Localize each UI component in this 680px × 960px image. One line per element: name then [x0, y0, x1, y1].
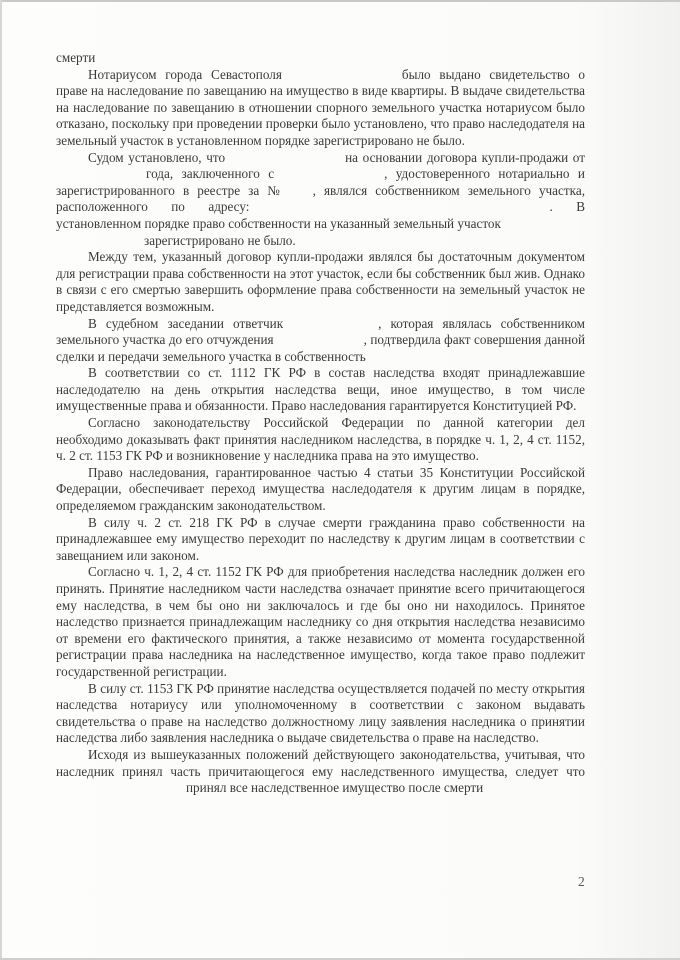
paragraph-contract: Между тем, указанный договор купли-прода…: [56, 249, 585, 315]
paragraph-text: В силу ч. 2 ст. 218 ГК РФ в случае смерт…: [56, 515, 585, 563]
paragraph-text: В судебном заседании ответчик: [88, 316, 283, 331]
paragraph-text: Судом установлено, что: [88, 150, 225, 165]
paragraph-art-218: В силу ч. 2 ст. 218 ГК РФ в случае смерт…: [56, 515, 585, 565]
page-number: 2: [578, 874, 585, 890]
paragraph-conclusion: Исходя из вышеуказанных положений действ…: [56, 747, 585, 797]
scan-edge-top: [0, 0, 680, 2]
paragraph-text: года, заключенного с: [146, 166, 274, 181]
paragraph-text: на основании договора купли-продажи от: [345, 150, 585, 165]
paragraph-text: В силу ст. 1153 ГК РФ принятие наследств…: [56, 681, 585, 746]
paragraph-text: смерти: [56, 50, 95, 65]
paragraph-art-1112: В соответствии со ст. 1112 ГК РФ в соста…: [56, 365, 585, 415]
paragraph-text: Исходя из вышеуказанных положений действ…: [56, 747, 585, 779]
paragraph-text: Нотариусом города Севастополя: [88, 67, 282, 82]
paragraph-court-established: Судом установлено, чтона основании догов…: [56, 150, 585, 250]
document-body: смерти Нотариусом города Севастополябыло…: [56, 50, 585, 797]
paragraph-text: Согласно законодательству Российской Фед…: [56, 415, 585, 463]
paragraph-art-1153: В силу ст. 1153 ГК РФ принятие наследств…: [56, 681, 585, 747]
paragraph-text: Между тем, указанный договор купли-прода…: [56, 249, 585, 314]
paragraph-constitution: Право наследования, гарантированное част…: [56, 465, 585, 515]
paragraph-notary: Нотариусом города Севастополябыло выдано…: [56, 67, 585, 150]
paragraph-text: В соответствии со ст. 1112 ГК РФ в соста…: [56, 365, 585, 413]
paragraph-text: Согласно ч. 1, 2, 4 ст. 1152 ГК РФ для п…: [56, 564, 585, 679]
paragraph-legislation: Согласно законодательству Российской Фед…: [56, 415, 585, 465]
paragraph-court-session: В судебном заседании ответчик, которая я…: [56, 316, 585, 366]
scan-edge-left: [0, 0, 2, 960]
paragraph-text: Право наследования, гарантированное част…: [56, 465, 585, 513]
paragraph-text: принял все наследственное имущество посл…: [186, 780, 483, 795]
paragraph-continuation: смерти: [56, 50, 585, 67]
document-page: смерти Нотариусом города Севастополябыло…: [0, 0, 680, 960]
paragraph-text: зарегистрировано не было.: [144, 233, 296, 248]
paragraph-art-1152: Согласно ч. 1, 2, 4 ст. 1152 ГК РФ для п…: [56, 564, 585, 680]
